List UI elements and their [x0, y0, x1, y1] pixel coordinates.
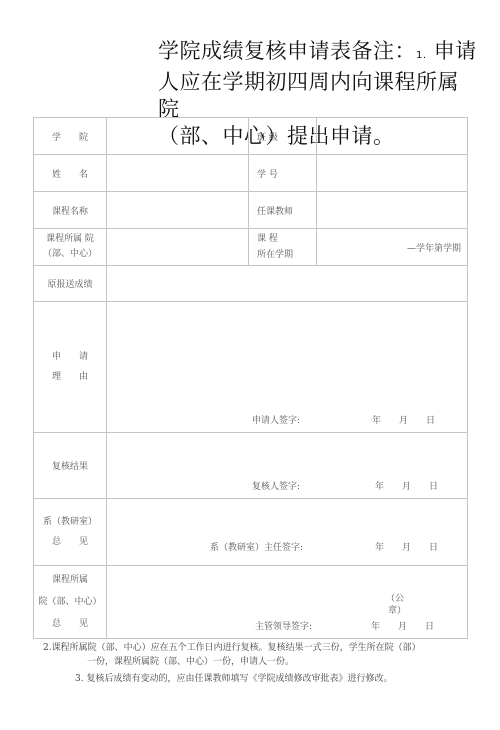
- applicant-date: 年 月 日: [372, 413, 435, 426]
- dept-head-signature-label: 系（教研室）主任签字:: [210, 540, 303, 553]
- reviewer-signature-label: 复核人签字:: [252, 479, 300, 492]
- grade-review-form: 学 院 班 级 姓 名 学 号 课程名称 任课教师 课程所属 院 （部、中心） …: [33, 117, 468, 639]
- teacher-label: 任课教师: [249, 192, 317, 229]
- seal-label-line2: 章）: [388, 603, 406, 616]
- course-dept-field[interactable]: [107, 229, 249, 266]
- college-label: 学 院: [34, 118, 107, 155]
- title-line-1: 学院成绩复核申请表备注：: [158, 39, 416, 63]
- title-note-number: 1.: [416, 50, 427, 61]
- teacher-field[interactable]: [317, 192, 468, 229]
- student-id-label: 学 号: [249, 155, 317, 192]
- college-opinion-label-line1: 课程所属: [34, 569, 106, 591]
- college-opinion-label-line3: 总 见: [34, 613, 106, 635]
- dept-opinion-label-line1: 系（教研室）: [34, 512, 106, 532]
- semester-field[interactable]: —学年第学期: [317, 229, 468, 266]
- note-2-line-1: 2.课程所属院（部、中心）应在五个工作日内进行复核。复核结果一式三份，学生所在院…: [33, 641, 473, 655]
- course-dept-label: 课程所属 院 （部、中心）: [34, 229, 107, 266]
- leader-date: 年 月 日: [371, 619, 434, 632]
- reason-label-line2: 理 由: [34, 367, 106, 387]
- class-field[interactable]: [317, 118, 468, 155]
- title-line-2: 人应在学期初四周内向课程所属院: [158, 69, 478, 123]
- note-3: 3. 复核后成绩有变动的，应由任课教师填写《学院成绩修改审批表》进行修改。: [33, 672, 473, 686]
- reason-field[interactable]: 申请人签字: 年 月 日: [107, 302, 468, 433]
- reason-label: 申 请 理 由: [34, 302, 107, 433]
- student-id-field[interactable]: [317, 155, 468, 192]
- name-label: 姓 名: [34, 155, 107, 192]
- dept-opinion-label-line2: 总 见: [34, 532, 106, 552]
- title-line-1-end: 申请: [427, 39, 477, 63]
- review-result-label: 复核结果: [34, 433, 107, 499]
- course-dept-label-line1: 课程所属 院: [34, 232, 106, 247]
- semester-label: 课 程 所在学期: [249, 229, 317, 266]
- semester-label-line2: 所在学期: [257, 247, 316, 263]
- college-opinion-field[interactable]: （公 章） 主管领导签字: 年 月 日: [107, 566, 468, 639]
- course-dept-label-line2: （部、中心）: [34, 247, 106, 262]
- dept-opinion-field[interactable]: 系（教研室）主任签字: 年 月 日: [107, 499, 468, 566]
- dept-head-date: 年 月 日: [375, 540, 438, 553]
- review-result-field[interactable]: 复核人签字: 年 月 日: [107, 433, 468, 499]
- leader-signature-label: 主管领导签字:: [255, 619, 312, 632]
- course-name-field[interactable]: [107, 192, 249, 229]
- reviewer-date: 年 月 日: [375, 479, 438, 492]
- original-score-label: 原报送成绩: [34, 266, 107, 302]
- name-field[interactable]: [107, 155, 249, 192]
- college-opinion-label: 课程所属 院（部、中心） 总 见: [34, 566, 107, 639]
- college-field[interactable]: [107, 118, 249, 155]
- dept-opinion-label: 系（教研室） 总 见: [34, 499, 107, 566]
- class-label: 班 级: [249, 118, 317, 155]
- form-notes: 2.课程所属院（部、中心）应在五个工作日内进行复核。复核结果一式三份，学生所在院…: [33, 641, 473, 686]
- college-opinion-label-line2: 院（部、中心）: [34, 591, 106, 613]
- course-name-label: 课程名称: [34, 192, 107, 229]
- reason-label-line1: 申 请: [34, 347, 106, 367]
- applicant-signature-label: 申请人签字:: [252, 413, 300, 426]
- note-2-line-2: 一份，课程所属院（部、中心）一份，申请人一份。: [33, 655, 473, 669]
- original-score-field[interactable]: [107, 266, 468, 302]
- semester-label-line1: 课 程: [257, 231, 316, 247]
